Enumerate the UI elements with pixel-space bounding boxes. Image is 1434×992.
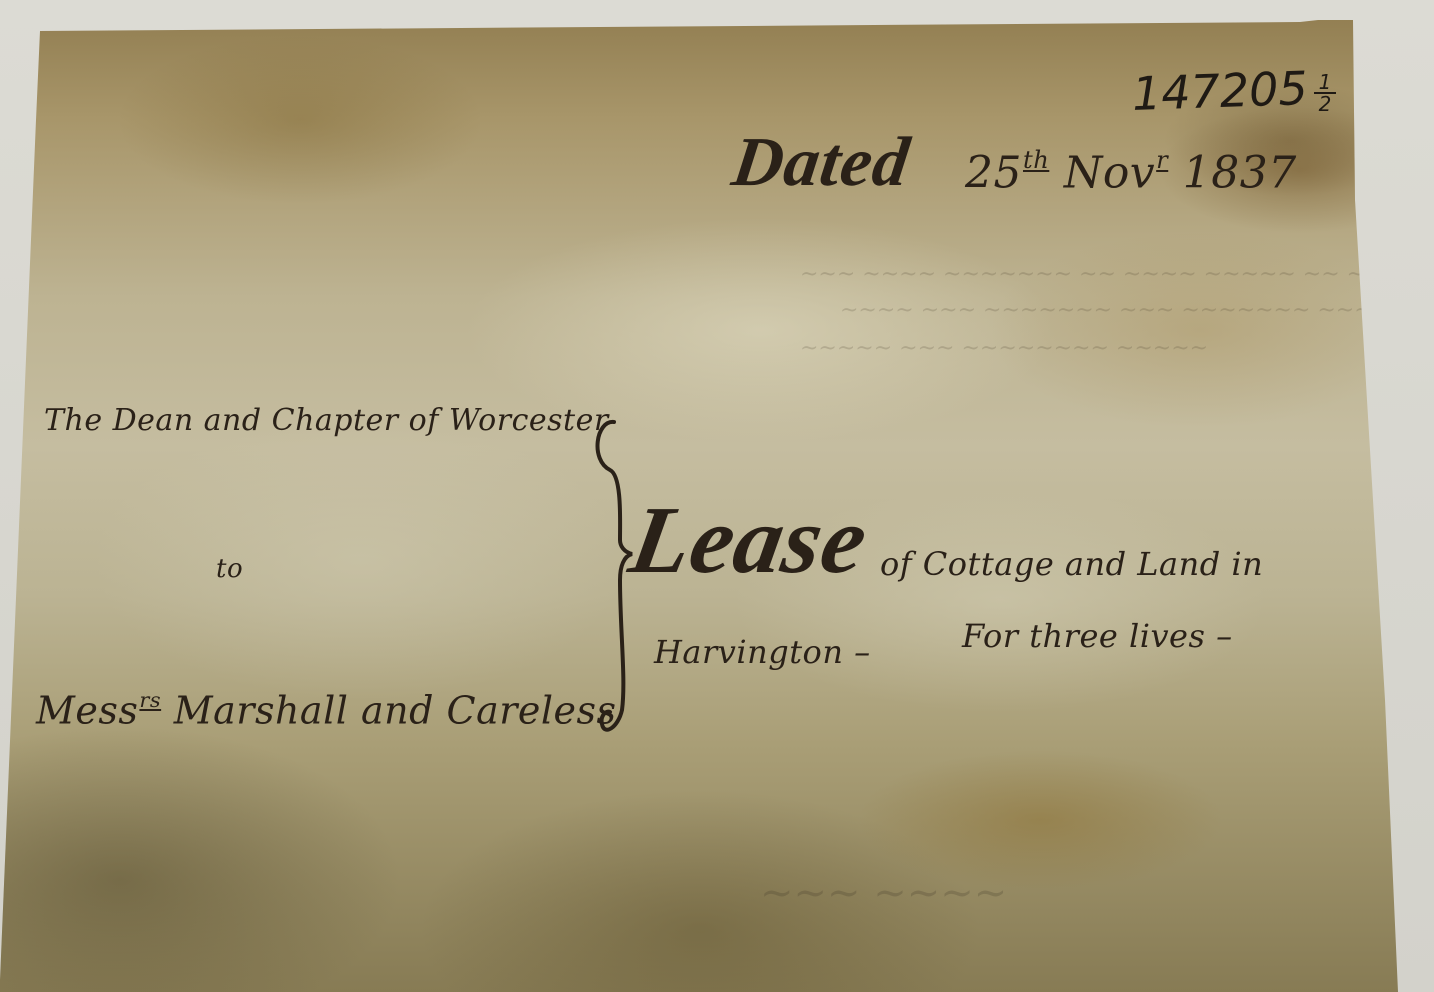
faint-bleed-text: ~~~~~ ~~~ ~~~~~~~~ ~~~~~: [800, 336, 1208, 361]
parchment-document: ~~~ ~~~~ ~~~~~~~ ~~ ~~~~ ~~~~~ ~~ ~~ ~~~…: [0, 0, 1434, 992]
first-party: The Dean and Chapter of Worcester: [44, 406, 609, 436]
second-party-title: Mess: [36, 689, 138, 733]
faint-bleed-text: ~~~~ ~~~ ~~~~~~~ ~~~ ~~~~~~~ ~~~~ ~~~~~: [840, 298, 1434, 323]
lease-term: For three lives –: [962, 620, 1233, 652]
faint-bleed-text: ~~~ ~~~~: [760, 870, 1007, 916]
lease-description-line-2: Harvington –: [654, 636, 871, 668]
fraction-numerator: 1: [1314, 72, 1336, 94]
photo-scene: ~~~ ~~~~ ~~~~~~~ ~~ ~~~~ ~~~~~ ~~ ~~ ~~~…: [0, 0, 1434, 992]
second-party-title-suffix: rs: [139, 688, 161, 712]
dated-label: Dated: [728, 128, 914, 198]
dated-day-suffix: th: [1023, 146, 1049, 174]
second-party: Messrs Marshall and Careless: [36, 690, 617, 730]
party-connector: to: [216, 556, 243, 582]
lease-heading: Lease: [624, 492, 875, 588]
reference-number: 147205: [1131, 65, 1308, 117]
second-party-names: Marshall and Careless: [174, 689, 617, 733]
dated-day: 25: [965, 147, 1022, 198]
dated-month-suffix: r: [1156, 146, 1168, 174]
faint-bleed-text: ~~~ ~~~~ ~~~~~~~ ~~ ~~~~ ~~~~~ ~~ ~~ ~~~: [800, 262, 1434, 287]
dated-value: 25th Novr 1837: [965, 148, 1297, 195]
fraction-denominator: 2: [1314, 94, 1336, 114]
lease-description-line-1: of Cottage and Land in: [880, 548, 1263, 580]
reference-fraction: 1 2: [1314, 72, 1336, 114]
dated-month: Nov: [1064, 147, 1155, 198]
dated-year: 1837: [1183, 147, 1297, 198]
